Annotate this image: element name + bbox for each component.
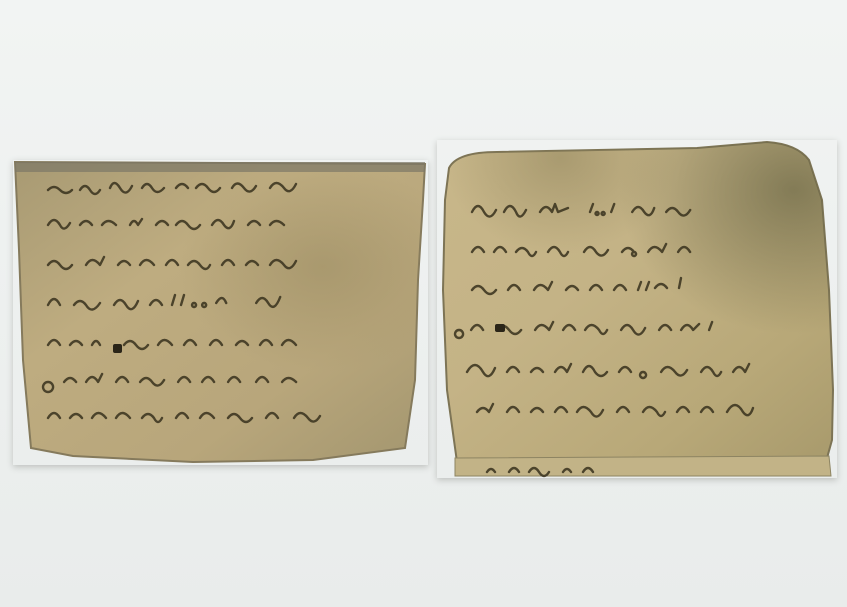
photo-scene: Left manuscript fragment bbox=[0, 0, 847, 607]
right-manuscript-fragment: Right manuscript fragment bbox=[437, 140, 837, 478]
left-fragment-paper bbox=[13, 160, 428, 465]
left-manuscript-fragment: Left manuscript fragment bbox=[13, 160, 428, 465]
right-fragment-paper bbox=[437, 140, 837, 478]
